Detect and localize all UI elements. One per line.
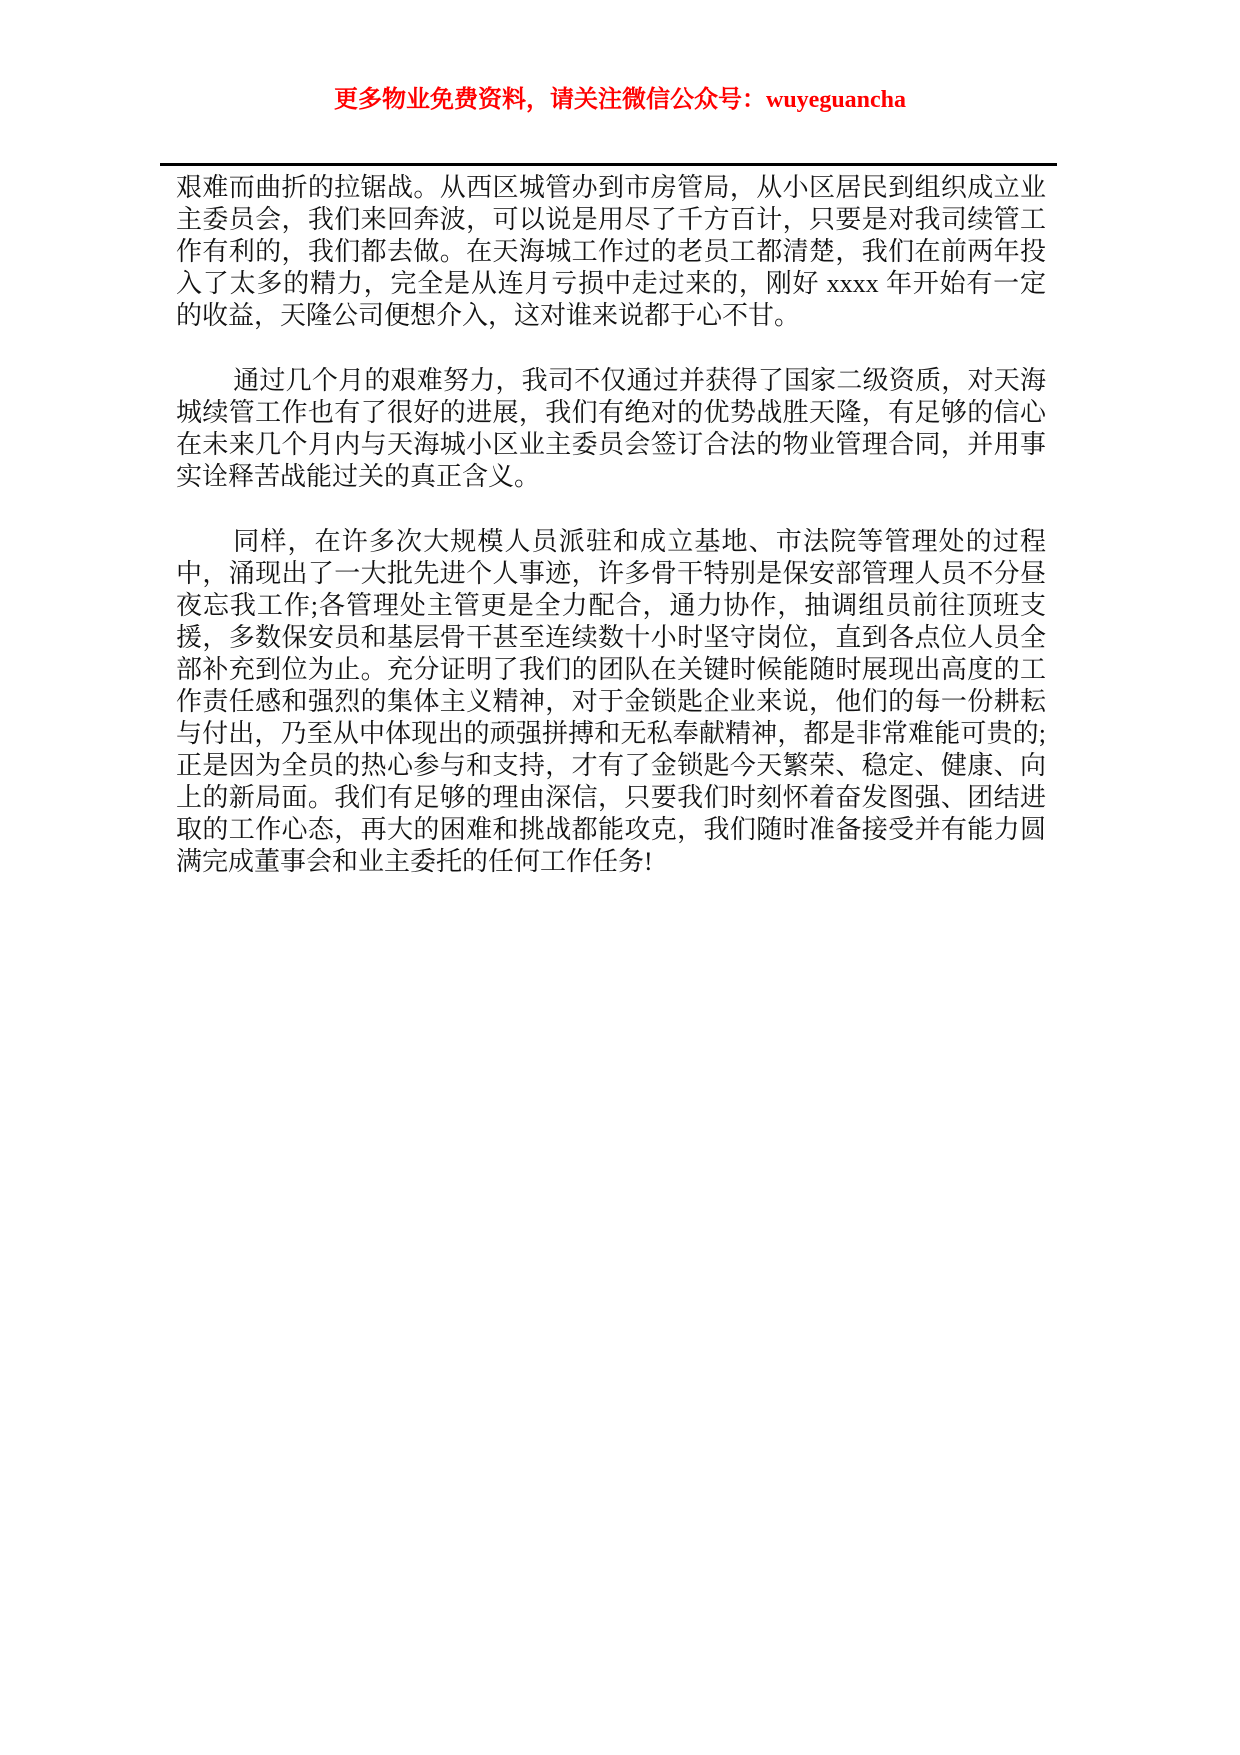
content-area: 艰难而曲折的拉锯战。从西区城管办到市房管局，从小区居民到组织成立业主委员会，我们… — [160, 163, 1057, 878]
document-page: 更多物业免费资料，请关注微信公众号：wuyeguancha 艰难而曲折的拉锯战。… — [0, 0, 1240, 1755]
paragraph-1: 艰难而曲折的拉锯战。从西区城管办到市房管局，从小区居民到组织成立业主委员会，我们… — [160, 172, 1057, 332]
paragraph-2: 通过几个月的艰难努力，我司不仅通过并获得了国家二级资质，对天海城续管工作也有了很… — [160, 365, 1057, 493]
header-notice: 更多物业免费资料，请关注微信公众号：wuyeguancha — [0, 79, 1240, 114]
paragraph-3: 同样，在许多次大规模人员派驻和成立基地、市法院等管理处的过程中，涌现出了一大批先… — [160, 526, 1057, 878]
